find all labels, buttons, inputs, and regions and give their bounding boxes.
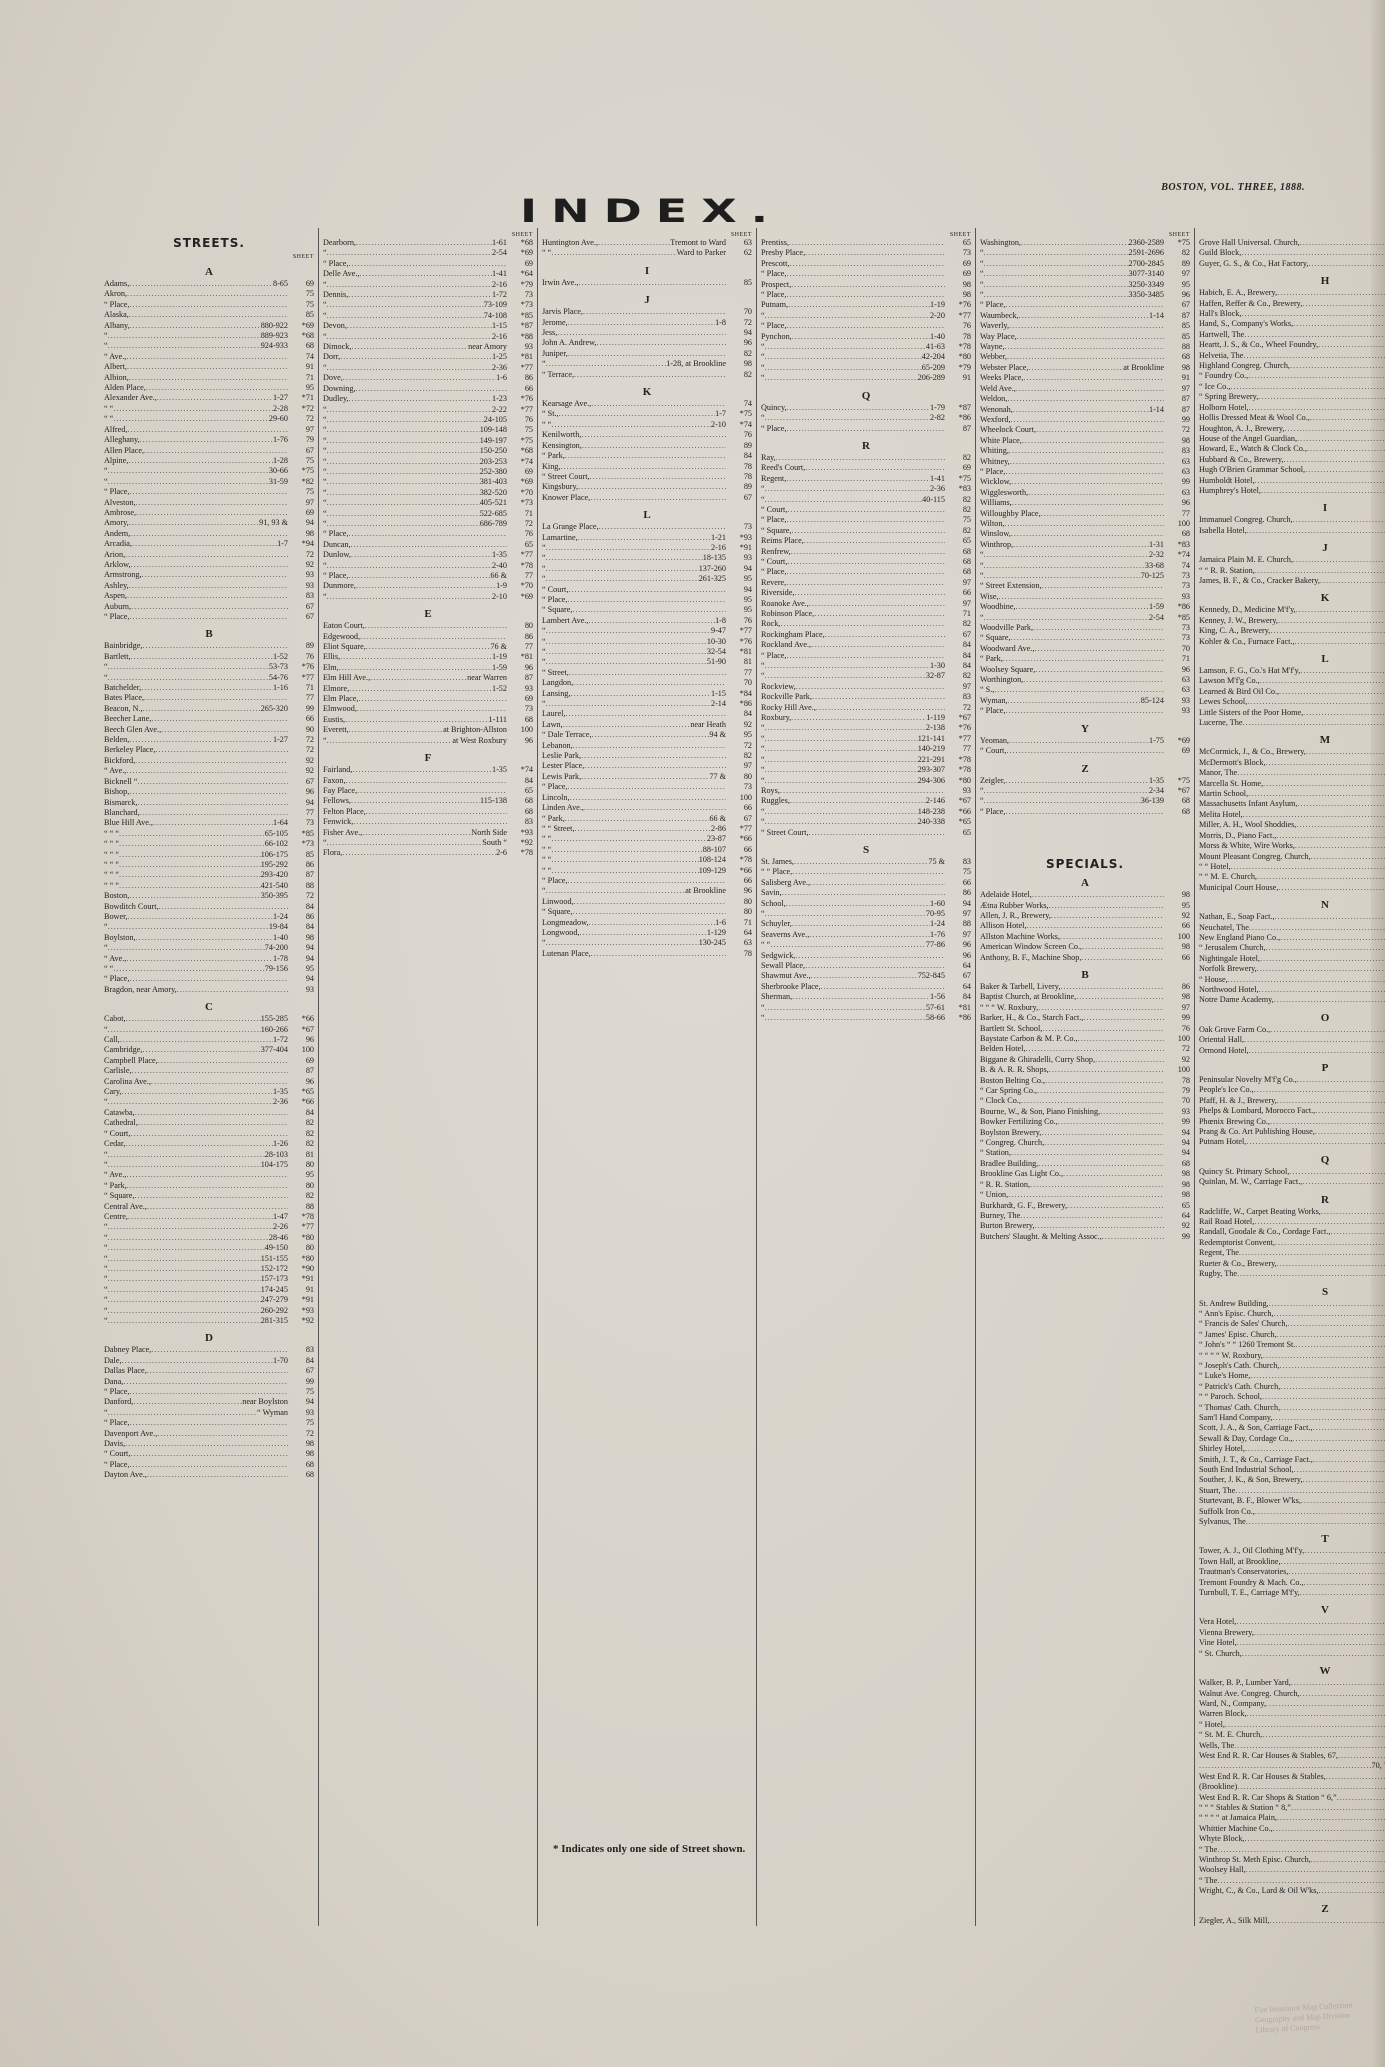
leader-dots xyxy=(1273,1309,1385,1319)
leader-dots xyxy=(1258,392,1385,402)
index-entry: Lincoln,100 xyxy=(542,793,752,803)
entry-name: Cabot, xyxy=(104,1014,126,1024)
sheet-number: 73 xyxy=(1164,571,1190,581)
entry-range: 240-338 xyxy=(918,817,945,827)
entry-range: “ Wyman xyxy=(257,1408,288,1418)
leader-dots xyxy=(1337,1793,1385,1803)
sheet-number: 84 xyxy=(288,1356,314,1366)
entry-range: 1-26 xyxy=(273,1139,288,1149)
leader-dots xyxy=(1291,1803,1385,1813)
sheet-number: *65 xyxy=(945,817,971,827)
index-entry: Nightingale Hotel,71 xyxy=(1199,954,1385,964)
sheet-number: 70 xyxy=(1164,644,1190,654)
leader-dots xyxy=(1292,1434,1385,1444)
sheet-number: 92 xyxy=(726,720,752,730)
index-entry: Dale,1-7084 xyxy=(104,1356,314,1366)
entry-name: Adams, xyxy=(104,279,129,289)
sheet-number: 98 xyxy=(1164,436,1190,446)
entry-name: “ Place, xyxy=(980,467,1005,477)
entry-name: Akron, xyxy=(104,289,127,299)
leader-dots xyxy=(147,1202,288,1212)
entry-name: “ Place, xyxy=(761,290,786,300)
sheet-number: 67 xyxy=(288,602,314,612)
index-entry: Allison Hotel,66 xyxy=(980,921,1190,931)
sheet-number: 63 xyxy=(1164,467,1190,477)
index-entry: West End R. R. Car Houses & Stables, 67, xyxy=(1199,1751,1385,1761)
leader-dots xyxy=(1293,515,1385,525)
section-letter: W xyxy=(1199,1665,1385,1677)
leader-dots xyxy=(1263,1351,1385,1361)
entry-range: 57-61 xyxy=(926,1003,945,1013)
entry-name: “ Street Court, xyxy=(542,472,590,482)
sheet-number: 94 xyxy=(288,943,314,953)
index-entry: Guild Block,98 xyxy=(1199,248,1385,258)
entry-range: South “ xyxy=(482,838,507,848)
leader-dots xyxy=(136,933,273,943)
entry-name: Rugby, The xyxy=(1199,1269,1237,1279)
entry-name: West End R. R. Car Houses & Stables, xyxy=(1199,1772,1326,1782)
index-entry: “2-36*66 xyxy=(104,1097,314,1107)
leader-dots xyxy=(366,642,491,652)
index-entry: Anthony, B. F., Machine Shop,66 xyxy=(980,953,1190,963)
leader-dots xyxy=(563,720,691,730)
entry-range: 77 & xyxy=(709,772,726,782)
leader-dots xyxy=(1259,985,1385,995)
leader-dots xyxy=(108,477,269,487)
sheet-number: 85 xyxy=(1164,321,1190,331)
entry-range: 130-245 xyxy=(699,938,726,948)
sheet-number: 76 xyxy=(507,415,533,425)
sheet-number: 66 xyxy=(288,714,314,724)
section-letter: B xyxy=(104,628,314,640)
index-entry: Howard, E., Watch & Clock Co.,69 xyxy=(1199,444,1385,454)
leader-dots xyxy=(142,641,288,651)
sheet-number: 85 xyxy=(288,310,314,320)
entry-range: 2-28 xyxy=(273,404,288,414)
entry-range: 157-173 xyxy=(261,1274,288,1284)
leader-dots xyxy=(137,798,288,808)
index-entry: “10-30*76 xyxy=(542,637,752,647)
index-entry: Carolina Ave.,96 xyxy=(104,1077,314,1087)
sheet-number: *77 xyxy=(507,550,533,560)
leader-dots xyxy=(1277,288,1385,298)
index-entry: Biggane & Ghiradelli, Curry Shop,92 xyxy=(980,1055,1190,1065)
index-entry: Allston Machine Works,100 xyxy=(980,932,1190,942)
entry-name: Scott, J. A., & Son, Carriage Fact., xyxy=(1199,1423,1312,1433)
leader-dots xyxy=(780,786,945,796)
entry-name: Lewes School, xyxy=(1199,697,1247,707)
index-entry: “ Place,75 xyxy=(104,487,314,497)
index-entry: Waverly,85 xyxy=(980,321,1190,331)
entry-range: Tremont to Ward xyxy=(670,238,726,248)
sheet-number: 72 xyxy=(726,318,752,328)
sheet-number: 100 xyxy=(726,793,752,803)
sheet-number: 87 xyxy=(288,870,314,880)
leader-dots xyxy=(1305,465,1385,475)
sheet-number: *94 xyxy=(288,539,314,549)
section-letter: B xyxy=(980,969,1190,981)
sheet-number: 96 xyxy=(1164,665,1190,675)
leader-dots xyxy=(1228,975,1385,985)
sheet-number: 97 xyxy=(945,930,971,940)
entry-name: “ Place, xyxy=(104,612,129,622)
index-entry: Shawmut Ave.,752-84567 xyxy=(761,971,971,981)
entry-name: Weldon, xyxy=(980,394,1007,404)
index-entry: “ Ann's Episc. Church,71 xyxy=(1199,1309,1385,1319)
sheet-number: 68 xyxy=(507,715,533,725)
leader-dots xyxy=(1257,872,1385,882)
leader-dots xyxy=(1041,1128,1164,1138)
sheet-number: 67 xyxy=(288,612,314,622)
entry-name: Rock, xyxy=(761,619,780,629)
leader-dots xyxy=(340,652,492,662)
index-entry: Seaverns Ave.,1-7697 xyxy=(761,930,971,940)
entry-range: 79-156 xyxy=(265,964,288,974)
entry-range: 106-175 xyxy=(261,850,288,860)
entry-name: “ Ave., xyxy=(104,766,126,776)
sheet-number: 84 xyxy=(945,661,971,671)
entry-name: “ Court, xyxy=(980,746,1006,756)
sheet-number: 97 xyxy=(288,425,314,435)
index-entry: “ Place,69 xyxy=(761,269,971,279)
entry-range: 51-90 xyxy=(707,657,726,667)
leader-dots xyxy=(765,723,926,733)
entry-range: 31-59 xyxy=(269,477,288,487)
entry-name: Blue Hill Ave., xyxy=(104,818,153,828)
sheet-number: *69 xyxy=(507,592,533,602)
leader-dots xyxy=(108,1025,261,1035)
entry-name: Woolsey Square, xyxy=(980,665,1035,675)
entry-name: “ Place, xyxy=(542,876,567,886)
sheet-number: 86 xyxy=(507,632,533,642)
leader-dots xyxy=(1237,768,1385,778)
leader-dots xyxy=(1249,923,1385,933)
index-entry: Jess,94 xyxy=(542,328,752,338)
sheet-number: 84 xyxy=(945,651,971,661)
sheet-number: 67 xyxy=(288,777,314,787)
leader-dots xyxy=(588,616,715,626)
leader-dots xyxy=(108,466,269,476)
leader-dots xyxy=(551,866,698,876)
sheet-number: 71 xyxy=(726,918,752,928)
entry-name: “ Street Extension, xyxy=(980,581,1042,591)
index-entry: “ Patrick's Cath. Church,70 xyxy=(1199,1382,1385,1392)
sheet-number: 95 xyxy=(726,605,752,615)
entry-name: “ Court, xyxy=(542,585,568,595)
leader-dots xyxy=(1236,1617,1385,1627)
entry-range: 3077-3140 xyxy=(1129,269,1164,279)
entry-name: Boston, xyxy=(104,891,129,901)
index-entry: “160-266*67 xyxy=(104,1025,314,1035)
leader-dots xyxy=(1230,382,1385,392)
entry-name: “ Park, xyxy=(542,814,565,824)
entry-range: 206-289 xyxy=(918,373,945,383)
sheet-number: 73 xyxy=(288,818,314,828)
index-entry: “240-338*65 xyxy=(761,817,971,827)
index-entry: “ Place,84 xyxy=(761,651,971,661)
entry-range: 405-521 xyxy=(480,498,507,508)
entry-name: Kennedy, D., Medicine M'f'y, xyxy=(1199,605,1296,615)
index-entry: “ Court,69 xyxy=(980,746,1190,756)
leader-dots xyxy=(108,1285,261,1295)
index-entry: “30-66*75 xyxy=(104,466,314,476)
index-entry: “ Place,94 xyxy=(104,974,314,984)
index-entry: “ Court,94 xyxy=(542,585,752,595)
index-entry: “2591-269682 xyxy=(980,248,1190,258)
sheet-number: 71 xyxy=(288,683,314,693)
index-entry: Vera Hotel,85 xyxy=(1199,1617,1385,1627)
index-entry: Akron,75 xyxy=(104,289,314,299)
index-entry: Auburn,67 xyxy=(104,602,314,612)
entry-name: House of the Angel Guardian, xyxy=(1199,434,1297,444)
leader-dots xyxy=(1318,340,1385,350)
entry-range: 2-34 xyxy=(1149,786,1164,796)
index-entry: Cary,1-35*65 xyxy=(104,1087,314,1097)
section-letter: A xyxy=(104,266,314,278)
index-entry: Presby Place,73 xyxy=(761,248,971,258)
index-entry: Rockview,97 xyxy=(761,682,971,692)
leader-dots xyxy=(351,540,507,550)
sheet-number: 96 xyxy=(507,663,533,673)
leader-dots xyxy=(581,772,709,782)
leader-dots xyxy=(572,605,726,615)
index-entry: Armstrong,93 xyxy=(104,570,314,580)
leader-dots xyxy=(177,985,288,995)
index-entry: Norfolk Brewery,80 xyxy=(1199,964,1385,974)
entry-range: 382-520 xyxy=(480,488,507,498)
entry-name: Yeoman, xyxy=(980,736,1009,746)
entry-range: 1-8 xyxy=(715,318,726,328)
sheet-number: 99 xyxy=(288,704,314,714)
leader-dots xyxy=(1010,457,1164,467)
entry-range: 65-209 xyxy=(922,363,945,373)
entry-name: Boylston Brewery, xyxy=(980,1128,1041,1138)
entry-name: “ Congreg. Church, xyxy=(980,1138,1044,1148)
entry-name: “ “ “ “ at Jamaica Plain, xyxy=(1199,1813,1277,1823)
leader-dots xyxy=(129,487,288,497)
entry-range: 40-115 xyxy=(922,495,945,505)
entry-name: Lincoln, xyxy=(542,793,570,803)
sheet-number: 87 xyxy=(1164,394,1190,404)
index-entry: “74-20094 xyxy=(104,943,314,953)
sheet-number: 74 xyxy=(1164,561,1190,571)
leader-dots xyxy=(568,349,726,359)
sheet-number: *87 xyxy=(945,403,971,413)
entry-name: “ R. R. Station, xyxy=(980,1180,1030,1190)
index-entry: Boston,350-39572 xyxy=(104,891,314,901)
leader-dots xyxy=(1239,1248,1385,1258)
leader-dots xyxy=(144,693,288,703)
leader-dots xyxy=(567,782,726,792)
entry-range: 1-76 xyxy=(273,435,288,445)
index-entry: “ Place,75 xyxy=(104,1418,314,1428)
sheet-number: *78 xyxy=(726,855,752,865)
sheet-number: 100 xyxy=(1164,1065,1190,1075)
leader-dots xyxy=(119,829,265,839)
index-entry: “40-11582 xyxy=(761,495,971,505)
leader-dots xyxy=(1318,1886,1385,1896)
entry-range: 74-108 xyxy=(484,311,507,321)
sheet-number: 73 xyxy=(1164,623,1190,633)
entry-range: 377-404 xyxy=(261,1045,288,1055)
sheet-number: *73 xyxy=(288,839,314,849)
sheet-number: 75 xyxy=(288,1387,314,1397)
sheet-number: 69 xyxy=(945,269,971,279)
entry-name: Warren Block, xyxy=(1199,1709,1247,1719)
index-entry: Tremont Foundry & Mach. Co.,66 xyxy=(1199,1578,1385,1588)
leader-dots xyxy=(129,1460,288,1470)
entry-name: “ Place, xyxy=(323,259,348,269)
entry-range: 1-24 xyxy=(930,919,945,929)
index-entry: “32-8782 xyxy=(761,671,971,681)
entry-name: Elm, xyxy=(323,663,339,673)
entry-name: “ “ xyxy=(542,845,551,855)
entry-name: “ “ Place, xyxy=(761,867,792,877)
index-entry: “ “ “ W. Roxbury,97 xyxy=(980,1003,1190,1013)
entry-name: Helvetia, The xyxy=(1199,351,1243,361)
sheet-number: 84 xyxy=(945,640,971,650)
entry-name: Morris, D., Piano Fact., xyxy=(1199,831,1276,841)
entry-name: Guild Block, xyxy=(1199,248,1241,258)
entry-range: 140-219 xyxy=(918,744,945,754)
entry-name: “ Place, xyxy=(104,300,129,310)
leader-dots xyxy=(1095,1055,1164,1065)
leader-dots xyxy=(1300,666,1385,676)
index-entry: “2-20*77 xyxy=(761,311,971,321)
index-entry: Humboldt Hotel,87 xyxy=(1199,476,1385,486)
index-entry: Souther, J. K., & Son, Brewery,92 xyxy=(1199,1475,1385,1485)
index-entry: “ Place,66 &77 xyxy=(323,571,533,581)
index-entry: Fenwick,83 xyxy=(323,817,533,827)
sheet-number: 86 xyxy=(945,888,971,898)
entry-name: Pfaff, H. & J., Brewery, xyxy=(1199,1096,1277,1106)
index-entry: Bowker Fertilizing Co.,99 xyxy=(980,1117,1190,1127)
sheet-number: 92 xyxy=(1164,911,1190,921)
index-entry: “ Place,95 xyxy=(542,595,752,605)
sheet-number: 68 xyxy=(507,796,533,806)
index-entry: “ “ Street,2-86*77 xyxy=(542,824,752,834)
index-entry: Alaska,85 xyxy=(104,310,314,320)
leader-dots xyxy=(1247,697,1385,707)
leader-dots xyxy=(108,1233,269,1243)
sheet-number: 97 xyxy=(1164,269,1190,279)
index-entry: Lamartine,1-21*93 xyxy=(542,533,752,543)
entry-range: 104-175 xyxy=(261,1160,288,1170)
leader-dots xyxy=(129,279,273,289)
leader-dots xyxy=(1289,1167,1385,1177)
entry-name: “ Place, xyxy=(104,1460,129,1470)
index-column: SHEETHuntington Ave.,Tremont to Ward63“ … xyxy=(538,228,757,1926)
sheet-number: 86 xyxy=(288,912,314,922)
index-entry: Elmore,1-5293 xyxy=(323,684,533,694)
leader-dots xyxy=(348,571,490,581)
leader-dots xyxy=(1311,1855,1385,1865)
index-entry: Sedgwick,96 xyxy=(761,951,971,961)
entry-name: Longmeadow, xyxy=(542,918,589,928)
entry-range: 2-36 xyxy=(930,484,945,494)
index-entry: “ Park,80 xyxy=(104,1181,314,1191)
leader-dots xyxy=(568,585,726,595)
leader-dots xyxy=(1078,1034,1164,1044)
index-entry: Eaton Court,80 xyxy=(323,621,533,631)
entry-name: Town Hall, at Brookline, xyxy=(1199,1557,1281,1567)
leader-dots xyxy=(570,793,726,803)
leader-dots xyxy=(805,248,945,258)
sheet-number: *93 xyxy=(507,828,533,838)
entry-name: Juniper, xyxy=(542,349,568,359)
index-entry: Trautman's Conservatories,84 xyxy=(1199,1567,1385,1577)
leader-dots xyxy=(592,730,710,740)
entry-name: La Grange Place, xyxy=(542,522,599,532)
entry-name: Prescott, xyxy=(761,259,789,269)
index-entry: “2-82*86 xyxy=(761,413,971,423)
index-entry: “ John's “ “ 1260 Tremont St.66 xyxy=(1199,1340,1385,1350)
index-entry: “ Square,73 xyxy=(980,633,1190,643)
index-entry: Ashley,93 xyxy=(104,581,314,591)
sheet-number: *68 xyxy=(288,331,314,341)
index-entry: Reims Place,65 xyxy=(761,536,971,546)
entry-range: 260-292 xyxy=(261,1306,288,1316)
entry-range: 2-14 xyxy=(711,699,726,709)
leader-dots xyxy=(128,456,273,466)
entry-range: North Side xyxy=(471,828,507,838)
index-entry: Lucerne, The63 xyxy=(1199,718,1385,728)
index-entry: ““ Wyman93 xyxy=(104,1408,314,1418)
entry-name: West End R. R. Car Houses & Stables, 67, xyxy=(1199,1751,1338,1761)
entry-name: Knower Place, xyxy=(542,493,590,503)
entry-name: “ Thomas' Cath. Church, xyxy=(1199,1403,1280,1413)
index-entry: “2-40*78 xyxy=(323,561,533,571)
sheet-number: 92 xyxy=(288,766,314,776)
index-entry: Radcliffe, W., Carpet Beating Works,63 xyxy=(1199,1207,1385,1217)
index-entry: “ “ “66-102*73 xyxy=(104,839,314,849)
entry-range: 252-380 xyxy=(480,467,507,477)
index-entry: “ Court,98 xyxy=(104,1449,314,1459)
entry-range: 1-9 xyxy=(496,581,507,591)
sheet-number: 72 xyxy=(1164,425,1190,435)
leader-dots xyxy=(1009,321,1164,331)
entry-name: “ Street Court, xyxy=(761,828,809,838)
section-letter: R xyxy=(761,440,971,452)
leader-dots xyxy=(138,1118,288,1128)
index-entry: Roxbury,1-119*67 xyxy=(761,713,971,723)
entry-name: Dabney Place, xyxy=(104,1345,151,1355)
index-entry: Waumbeck,1-1487 xyxy=(980,311,1190,321)
index-entry: Prentiss,65 xyxy=(761,238,971,248)
sheet-number: 94 xyxy=(1164,1148,1190,1158)
leader-dots xyxy=(131,602,288,612)
entry-name: Peninsular Novelty M'f'g Co., xyxy=(1199,1075,1297,1085)
entry-range: 53-73 xyxy=(269,662,288,672)
entry-name: Alaska, xyxy=(104,310,129,320)
index-entry: “ Hotel,83 xyxy=(1199,1720,1385,1730)
leader-dots xyxy=(1038,1159,1164,1169)
leader-dots xyxy=(1320,576,1385,586)
entry-range: 108-124 xyxy=(699,855,726,865)
leader-dots xyxy=(327,592,492,602)
entry-name: Allston Machine Works, xyxy=(980,932,1060,942)
leader-dots xyxy=(1303,708,1385,718)
entry-range: near Warren xyxy=(467,673,507,683)
index-entry: Bicknell “67 xyxy=(104,777,314,787)
section-letter: J xyxy=(542,294,752,306)
index-entry: Winthrop,1-31*83 xyxy=(980,540,1190,550)
leader-dots xyxy=(1241,248,1385,258)
index-entry: Lewes School,84 xyxy=(1199,697,1385,707)
entry-name: Boston Belting Co., xyxy=(980,1076,1045,1086)
entry-range: 33-68 xyxy=(1145,561,1164,571)
sheet-number: *93 xyxy=(726,533,752,543)
